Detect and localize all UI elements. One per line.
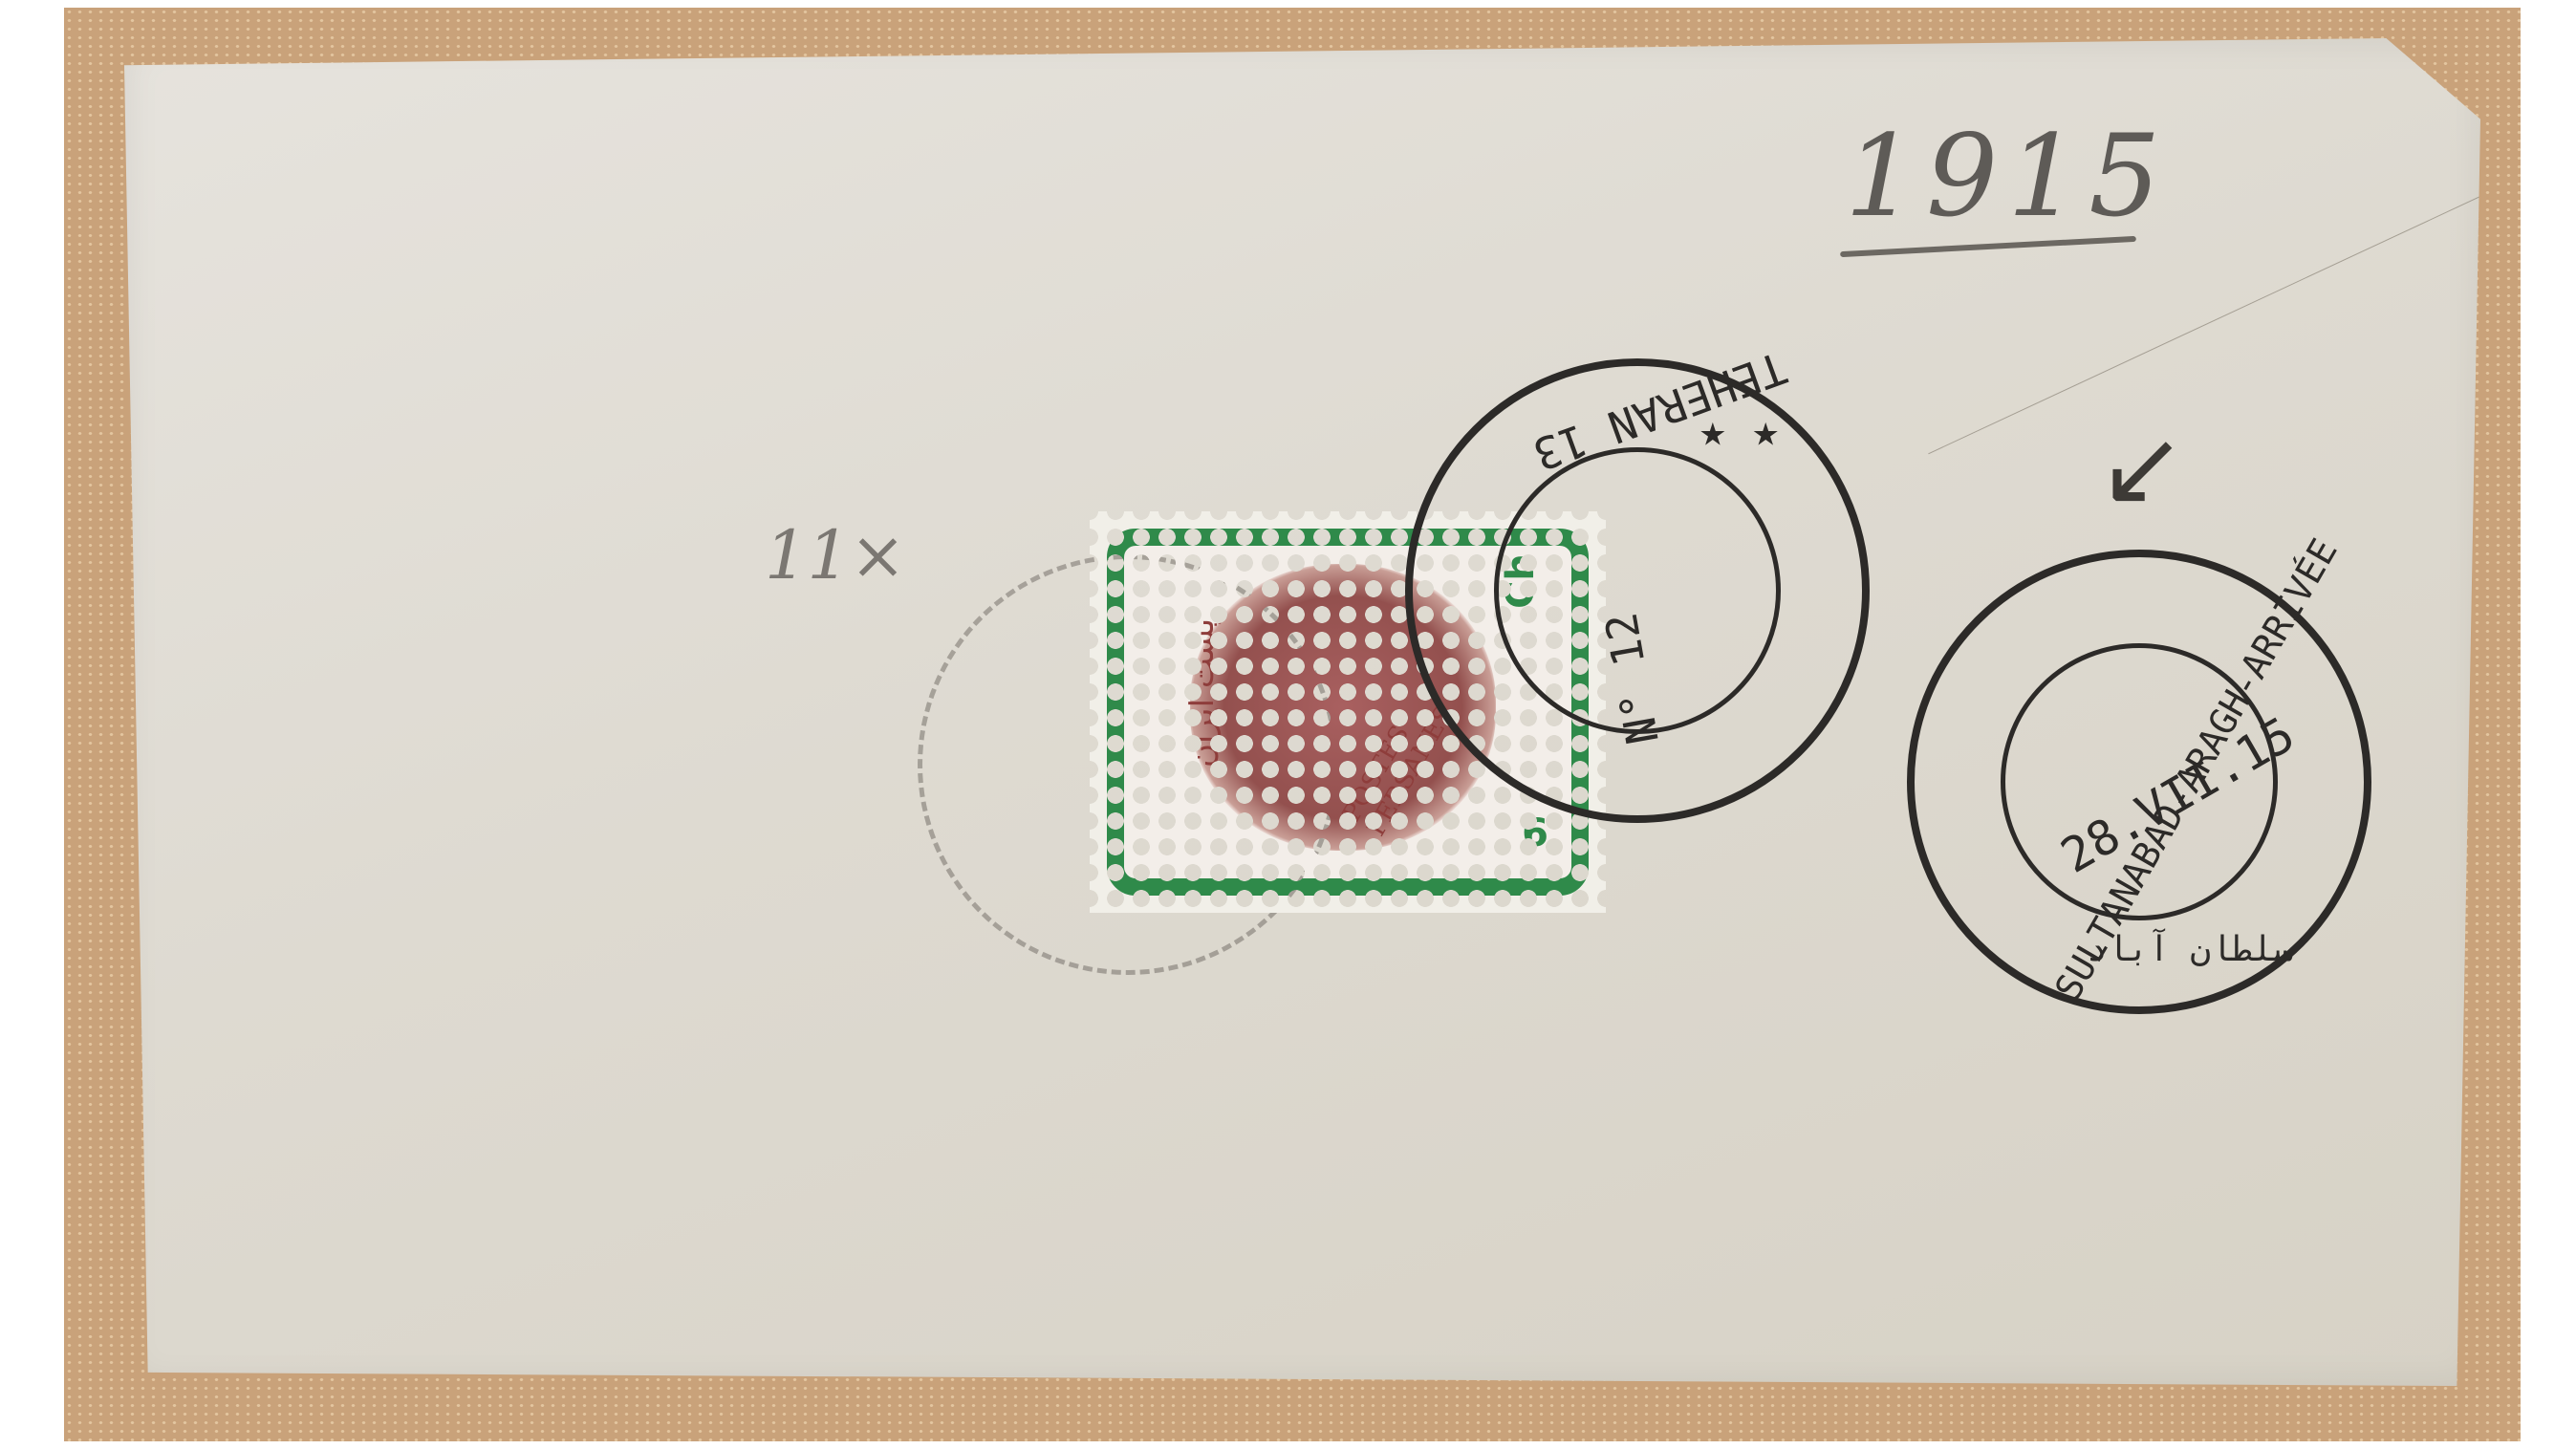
postmark-sultanabad: SULTANABAD-ARAGH-ARRIVÉE 28.VII.15 سلطان… (1907, 550, 2371, 1014)
pencil-count-mark: 11× (765, 516, 906, 595)
postmark-teheran: TEHERAN 13 N° 12 ★ ★ (1405, 358, 1870, 823)
stamp-value: 6 (1522, 811, 1548, 855)
postmark-stars: ★ ★ (1699, 404, 1779, 456)
stamp-persian-text: پست ایران (1183, 618, 1222, 768)
pencil-year-note: 1915 (1845, 110, 2170, 242)
arrow-icon: ↙ (2098, 406, 2186, 529)
postmark-bottom-text: سلطان آباد (2087, 930, 2294, 969)
